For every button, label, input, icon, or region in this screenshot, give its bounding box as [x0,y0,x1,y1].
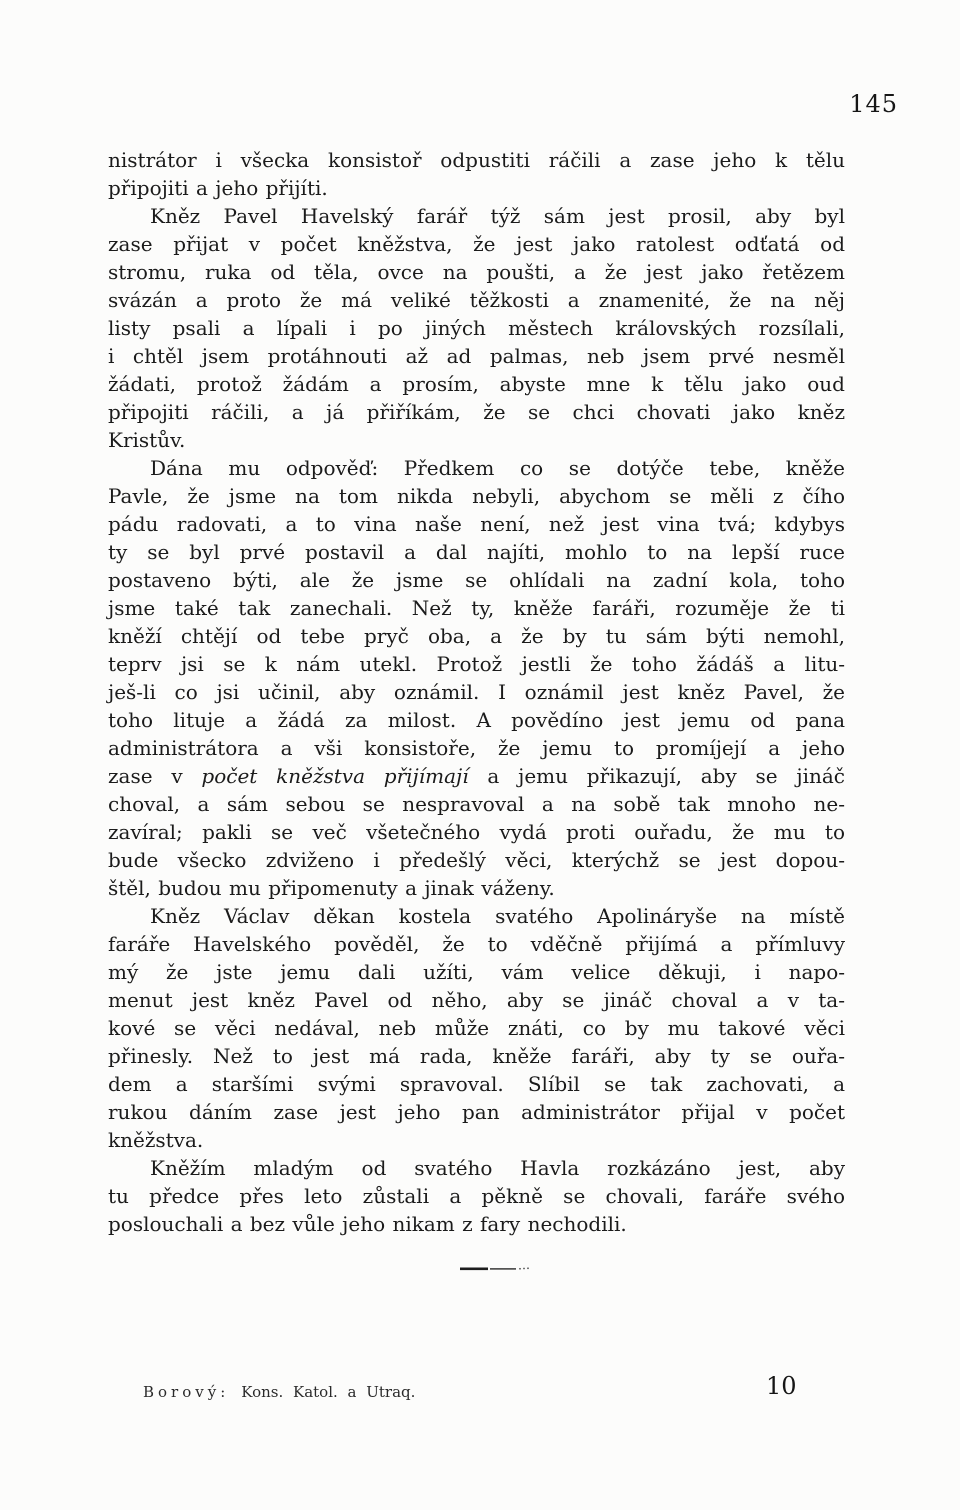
text-line: faráře Havelského pověděl, že to vděčně … [108,930,845,958]
text-line: Kněžím mladým od svatého Havla rozkázáno… [108,1154,845,1182]
text-line: i chtěl jsem protáhnouti až ad palmas, n… [108,342,845,370]
text-line: zase přijat v počet kněžstva, že jest ja… [108,230,845,258]
text-line: ješ-li co jsi učinil, aby oznámil. I ozn… [108,678,845,706]
text-line: mý že jste jemu dali užíti, vám velice d… [108,958,845,986]
text-line: tu předce přes leto zůstali a pěkně se c… [108,1182,845,1210]
text-line: postaveno býti, ale že jsme se ohlídali … [108,566,845,594]
footer-citation: Borový:Kons. Katol. a Utraq. [143,1383,415,1401]
book-page: 145 nistrátor i všecka konsistoř odpusti… [0,0,960,1510]
text-line: pádu radovati, a to vina naše není, než … [108,510,845,538]
text-line: Kněz Pavel Havelský farář týž sám jest p… [108,202,845,230]
text-line: ty se byl prvé postavil a dal najíti, mo… [108,538,845,566]
text-line: toho lituje a žádá za milost. A povědíno… [108,706,845,734]
text-run: a jemu přikazují, aby se jináč [469,764,845,788]
footer-work-title: Kons. Katol. a Utraq. [241,1383,415,1401]
text-line: svázán a proto že má veliké těžkosti a z… [108,286,845,314]
text-line: bude všecko zdviženo i předešlý věci, kt… [108,846,845,874]
text-line-with-italic: zase v počet kněžstva přijímají a jemu p… [108,762,845,790]
text-line: nistrátor i všecka konsistoř odpustiti r… [108,146,845,174]
text-run-italic: počet kněžstva přijímají [201,764,468,788]
text-line: administrátora a vši konsistoře, že jemu… [108,734,845,762]
text-line: Kněz Václav děkan kostela svatého Apolin… [108,902,845,930]
text-run: zase v [108,764,201,788]
text-line: žádati, protož žádám a prosím, abyste mn… [108,370,845,398]
text-line: rukou dáním zase jest jeho pan administr… [108,1098,845,1126]
text-line: menut jest kněz Pavel od něho, aby se ji… [108,986,845,1014]
text-line: poslouchali a bez vůle jeho nikam z fary… [108,1210,845,1238]
text-line: Kristův. [108,426,845,454]
section-separator [460,1258,532,1266]
text-line: zavíral; pakli se več všetečného vydá pr… [108,818,845,846]
page-number: 145 [849,90,898,118]
text-line: choval, a sám sebou se nespravoval a na … [108,790,845,818]
text-line: Dána mu odpověď: Předkem co se dotýče te… [108,454,845,482]
text-block: nistrátor i všecka konsistoř odpustiti r… [108,146,845,1238]
text-line: jsme také tak zanechali. Než ty, kněže f… [108,594,845,622]
footer-author: Borový: [143,1383,229,1401]
text-line: přinesly. Než to jest má rada, kněže far… [108,1042,845,1070]
text-line: dem a staršími svými spravoval. Slíbil s… [108,1070,845,1098]
text-line: stromu, ruka od těla, ovce na poušti, a … [108,258,845,286]
sheet-signature-number: 10 [766,1372,797,1400]
text-line: kové se věci nedával, neb může znáti, co… [108,1014,845,1042]
text-line: připojiti a jeho přijíti. [108,174,845,202]
text-line: kněží chtějí od tebe pryč oba, a že by t… [108,622,845,650]
text-line: připojiti ráčili, a já přiříkám, že se c… [108,398,845,426]
text-line: kněžstva. [108,1126,845,1154]
text-line: teprv jsi se k nám utekl. Protož jestli … [108,650,845,678]
text-line: štěl, budou mu připomenuty a jinak vážen… [108,874,845,902]
separator-rule-icon [460,1265,532,1273]
text-line: Pavle, že jsme na tom nikda nebyli, abyc… [108,482,845,510]
text-line: listy psali a lípali i po jiných městech… [108,314,845,342]
